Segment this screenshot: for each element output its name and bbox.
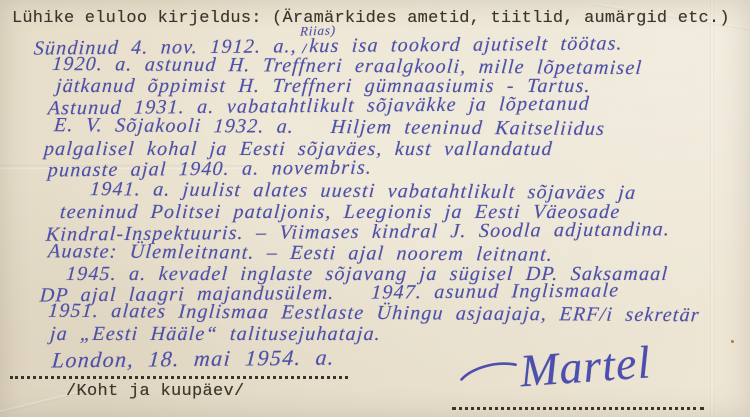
handwriting-line: Auaste: Ülemleitnant. – Eesti ajal noore… — [47, 241, 554, 265]
handwritten-place-date: London, 18. mai 1954. a. — [51, 345, 336, 374]
signature-flourish — [457, 358, 521, 388]
signature: Martel — [518, 339, 652, 394]
place-date-caption: /Koht ja kuupäev/ — [66, 382, 245, 401]
handwriting-line: ja „Eesti Hääle“ talitusejuhataja. — [49, 324, 381, 344]
handwriting-line: punaste ajal 1940. a. novembris. — [47, 158, 372, 181]
handwriting-line: 1941. a. juulist alates uuesti vabatahtl… — [89, 179, 637, 203]
place-date-dotted-line — [10, 376, 348, 379]
form-header-label: Lühike eluloo kirjeldus: (Äramärkides am… — [12, 9, 730, 28]
signature-block: Martel — [457, 339, 653, 398]
signature-dotted-line — [452, 407, 704, 410]
handwriting-line: 1951. alates Inglismaa Eestlaste Ühingu … — [47, 301, 700, 326]
handwriting-line: E. V. Sõjakooli 1932. a. Hiljem teeninud… — [53, 115, 606, 139]
scanned-biography-document: Lühike eluloo kirjeldus: (Äramärkides am… — [0, 0, 750, 417]
handwriting-line: palgalisel kohal ja Eesti sõjaväes, kust… — [43, 139, 553, 159]
paper-crease — [710, 0, 714, 417]
paper-speck — [731, 340, 734, 343]
